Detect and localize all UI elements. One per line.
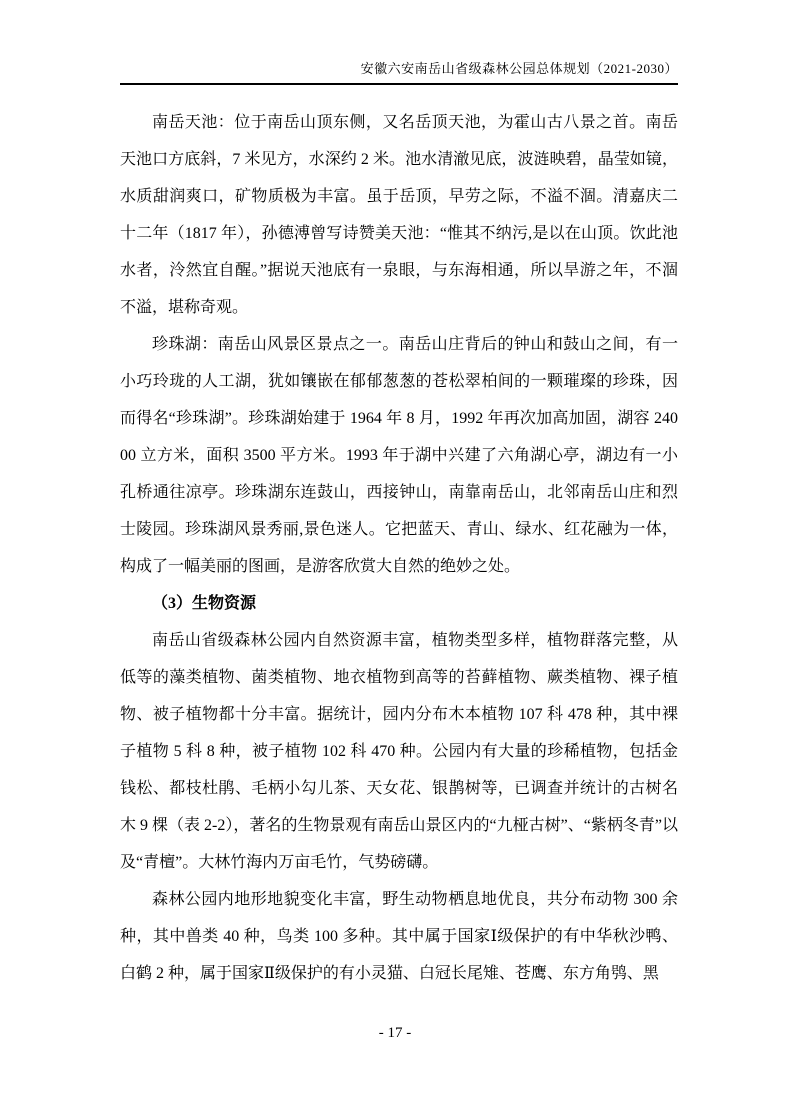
paragraph-nanyue-tianchi: 南岳天池：位于南岳山顶东侧，又名岳顶天池，为霍山古八景之首。南岳天池口方底斜，7… bbox=[120, 104, 678, 326]
document-page: 安徽六安南岳山省级森林公园总体规划（2021-2030） 南岳天池：位于南岳山顶… bbox=[0, 0, 790, 1118]
page-footer: - 17 - bbox=[0, 1024, 790, 1042]
paragraph-zhenzhu-lake: 珍珠湖：南岳山风景区景点之一。南岳山庄背后的钟山和鼓山之间，有一小巧玲珑的人工湖… bbox=[120, 326, 678, 585]
page-number: - 17 - bbox=[379, 1025, 412, 1041]
document-body: 南岳天池：位于南岳山顶东侧，又名岳顶天池，为霍山古八景之首。南岳天池口方底斜，7… bbox=[120, 104, 678, 992]
paragraph-animals: 森林公园内地形地貌变化丰富，野生动物栖息地优良，共分布动物 300 余种，其中兽… bbox=[120, 881, 678, 992]
paragraph-plants: 南岳山省级森林公园内自然资源丰富，植物类型多样，植物群落完整，从低等的藻类植物、… bbox=[120, 622, 678, 881]
header-title: 安徽六安南岳山省级森林公园总体规划（2021-2030） bbox=[120, 0, 678, 85]
heading-bio-resources: （3）生物资源 bbox=[120, 585, 678, 622]
page-header: 安徽六安南岳山省级森林公园总体规划（2021-2030） bbox=[120, 0, 678, 85]
